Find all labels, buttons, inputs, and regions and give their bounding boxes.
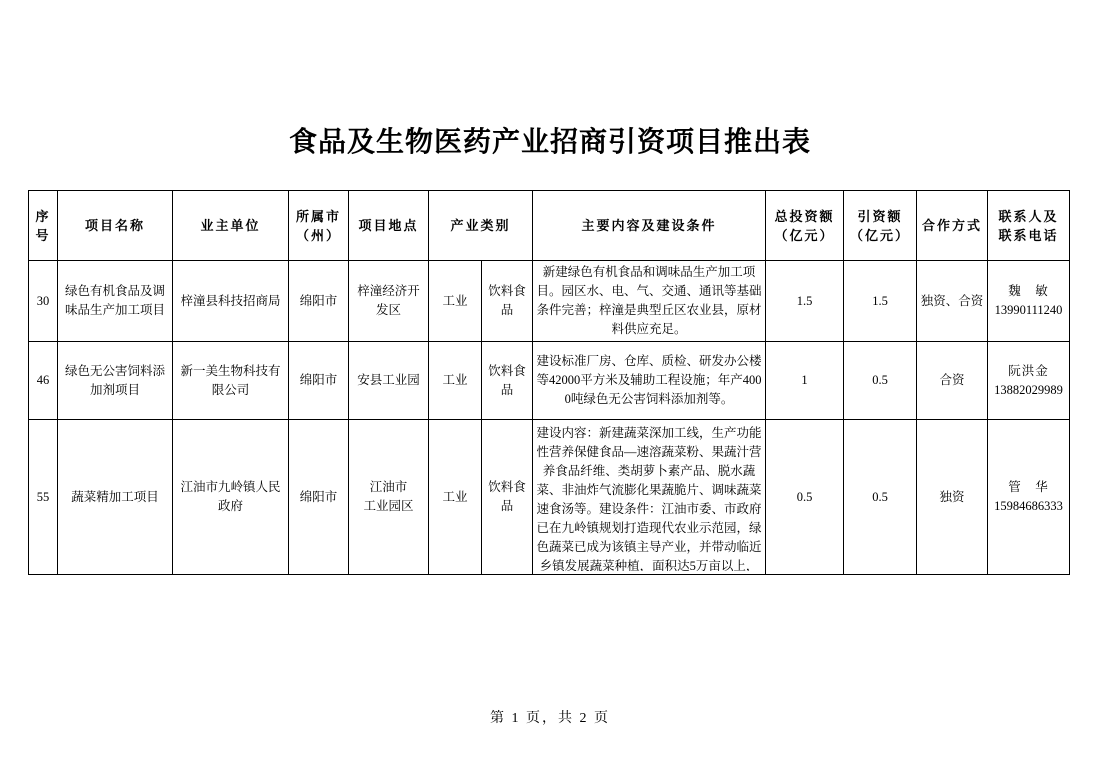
cell-main-content: 建设标准厂房、仓库、质检、研发办公楼等42000平方米及辅助工程设施；年产400… [533,342,766,420]
cell-contact: 魏 敏 13990111240 [988,261,1070,342]
cell-location: 安县工业园 [349,342,429,420]
page-number-footer: 第 1 页，共 2 页 [0,707,1100,727]
contact-name: 管 华 [991,478,1066,497]
contact-phone: 13990111240 [991,301,1066,320]
col-header-location: 项目地点 [349,191,429,261]
col-header-owner-unit: 业主单位 [173,191,289,261]
cell-industry: 工业 [429,261,482,342]
main-content-text: 新建绿色有机食品和调味品生产加工项目。园区水、电、气、交通、通讯等基础条件完善；… [536,263,762,339]
cell-attracted-investment: 0.5 [844,342,917,420]
cell-total-investment: 1.5 [766,261,844,342]
cell-location: 梓潼经济开发区 [349,261,429,342]
table-row: 55 蔬菜精加工项目 江油市九岭镇人民政府 绵阳市 江油市 工业园区 工业 饮料… [29,420,1070,575]
cell-industry: 工业 [429,420,482,575]
cell-attracted-investment: 0.5 [844,420,917,575]
cell-cooperation-mode: 合资 [917,342,988,420]
document-page: 食品及生物医药产业招商引资项目推出表 序号 项目名称 业主单位 所属市 （州） … [0,0,1100,777]
table-header-row: 序号 项目名称 业主单位 所属市 （州） 项目地点 产业类别 主要内容及建设条件… [29,191,1070,261]
cell-owner-unit: 江油市九岭镇人民政府 [173,420,289,575]
main-content-text: 建设标准厂房、仓库、质检、研发办公楼等42000平方米及辅助工程设施；年产400… [536,352,762,409]
cell-contact: 管 华 15984686333 [988,420,1070,575]
cell-total-investment: 0.5 [766,420,844,575]
col-header-attracted-investment: 引资额 （亿元） [844,191,917,261]
cell-owner-unit: 新一美生物科技有限公司 [173,342,289,420]
cell-seq: 46 [29,342,58,420]
cell-seq: 55 [29,420,58,575]
table-row: 30 绿色有机食品及调味品生产加工项目 梓潼县科技招商局 绵阳市 梓潼经济开发区… [29,261,1070,342]
cell-cooperation-mode: 独资、合资 [917,261,988,342]
col-header-total-investment: 总投资额 （亿元） [766,191,844,261]
cell-city: 绵阳市 [289,261,349,342]
contact-name: 魏 敏 [991,282,1066,301]
page-title: 食品及生物医药产业招商引资项目推出表 [0,120,1100,160]
cell-city: 绵阳市 [289,342,349,420]
contact-name: 阮洪金 [991,362,1066,381]
col-header-seq: 序号 [29,191,58,261]
projects-table: 序号 项目名称 业主单位 所属市 （州） 项目地点 产业类别 主要内容及建设条件… [28,190,1070,575]
col-header-contact: 联系人及 联系电话 [988,191,1070,261]
cell-main-content: 建设内容：新建蔬菜深加工线，生产功能性营养保健食品—速溶蔬菜粉、果蔬汁营养食品纤… [533,420,766,575]
cell-owner-unit: 梓潼县科技招商局 [173,261,289,342]
main-content-text: 建设内容：新建蔬菜深加工线，生产功能性营养保健食品—速溶蔬菜粉、果蔬汁营养食品纤… [536,424,762,571]
cell-sub-industry: 饮料食品 [482,342,533,420]
cell-seq: 30 [29,261,58,342]
contact-phone: 15984686333 [991,497,1066,516]
cell-total-investment: 1 [766,342,844,420]
cell-project-name: 绿色有机食品及调味品生产加工项目 [58,261,173,342]
cell-cooperation-mode: 独资 [917,420,988,575]
cell-location: 江油市 工业园区 [349,420,429,575]
cell-attracted-investment: 1.5 [844,261,917,342]
contact-phone: 13882029989 [991,381,1066,400]
table-row: 46 绿色无公害饲料添加剂项目 新一美生物科技有限公司 绵阳市 安县工业园 工业… [29,342,1070,420]
cell-sub-industry: 饮料食品 [482,420,533,575]
cell-project-name: 蔬菜精加工项目 [58,420,173,575]
cell-industry: 工业 [429,342,482,420]
cell-project-name: 绿色无公害饲料添加剂项目 [58,342,173,420]
cell-city: 绵阳市 [289,420,349,575]
cell-main-content: 新建绿色有机食品和调味品生产加工项目。园区水、电、气、交通、通讯等基础条件完善；… [533,261,766,342]
col-header-project-name: 项目名称 [58,191,173,261]
col-header-city: 所属市 （州） [289,191,349,261]
cell-sub-industry: 饮料食品 [482,261,533,342]
col-header-cooperation-mode: 合作方式 [917,191,988,261]
cell-contact: 阮洪金 13882029989 [988,342,1070,420]
col-header-main-content: 主要内容及建设条件 [533,191,766,261]
col-header-industry-category: 产业类别 [429,191,533,261]
